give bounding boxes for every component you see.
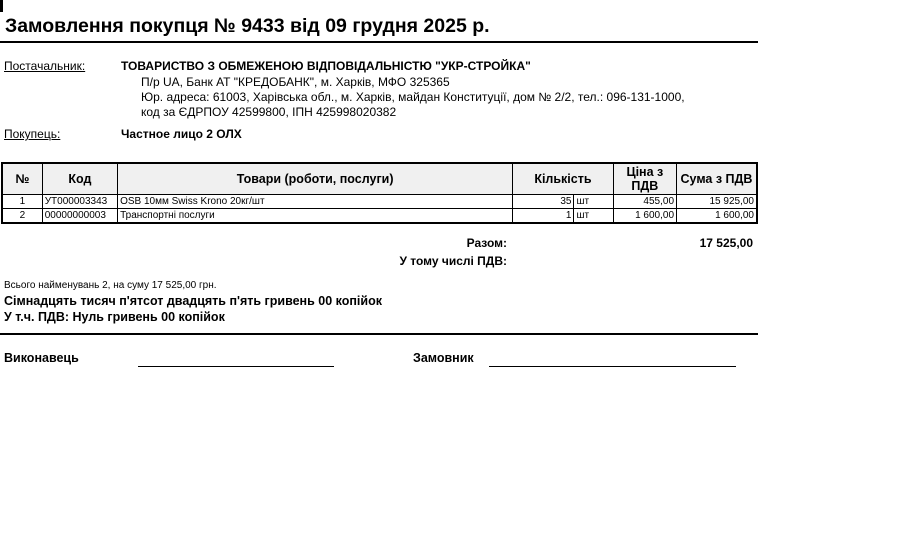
buyer-name: Частное лицо 2 ОЛХ	[121, 127, 242, 141]
header-code: Код	[42, 163, 117, 195]
amount-in-words: Сімнадцять тисяч п'ятсот двадцять п'ять …	[4, 294, 382, 308]
row-price: 455,00	[613, 195, 676, 209]
buyer-label: Покупець:	[4, 127, 60, 141]
row-sum: 1 600,00	[677, 209, 757, 224]
header-sum: Сума з ПДВ	[677, 163, 757, 195]
row-sum: 15 925,00	[677, 195, 757, 209]
items-table: № Код Товари (роботи, послуги) Кількість…	[1, 162, 758, 224]
total-value: 17 525,00	[700, 236, 753, 250]
vat-in-words: У т.ч. ПДВ: Нуль гривень 00 копійок	[4, 310, 225, 324]
row-qty: 35	[513, 195, 574, 209]
row-num: 1	[2, 195, 42, 209]
text-cursor	[0, 0, 3, 12]
document-title: Замовлення покупця № 9433 від 09 грудня …	[5, 15, 490, 38]
table-row: 2 00000000003 Транспортні послуги 1 шт 1…	[2, 209, 757, 224]
row-qty: 1	[513, 209, 574, 224]
supplier-codes-line: код за ЄДРПОУ 42599800, ІПН 425998020382	[141, 105, 396, 119]
row-price: 1 600,00	[613, 209, 676, 224]
row-num: 2	[2, 209, 42, 224]
executor-label: Виконавець	[4, 351, 79, 365]
header-qty: Кількість	[513, 163, 614, 195]
header-price: Ціна з ПДВ	[613, 163, 676, 195]
row-code: 00000000003	[42, 209, 117, 224]
customer-label: Замовник	[413, 351, 474, 365]
items-count-summary: Всього найменувань 2, на суму 17 525,00 …	[4, 280, 217, 291]
supplier-address-line: Юр. адреса: 61003, Харівська обл., м. Ха…	[141, 90, 685, 104]
supplier-name: ТОВАРИСТВО З ОБМЕЖЕНОЮ ВІДПОВІДАЛЬНІСТЮ …	[121, 59, 531, 73]
executor-signature-line	[138, 366, 334, 367]
header-goods: Товари (роботи, послуги)	[118, 163, 513, 195]
row-code: УТ000003343	[42, 195, 117, 209]
supplier-bank-line: П/р UA, Банк АТ "КРЕДОБАНК", м. Харків, …	[141, 75, 450, 89]
table-header-row: № Код Товари (роботи, послуги) Кількість…	[2, 163, 757, 195]
total-label: Разом:	[467, 236, 507, 250]
title-divider	[0, 41, 758, 43]
vat-label: У тому числі ПДВ:	[399, 254, 507, 268]
supplier-label: Постачальник:	[4, 59, 85, 73]
row-goods: Транспортні послуги	[118, 209, 513, 224]
header-num: №	[2, 163, 42, 195]
customer-signature-line	[489, 366, 736, 367]
row-unit: шт	[574, 195, 613, 209]
summary-divider	[0, 333, 758, 335]
row-unit: шт	[574, 209, 613, 224]
row-goods: OSB 10мм Swiss Krono 20кг/шт	[118, 195, 513, 209]
table-row: 1 УТ000003343 OSB 10мм Swiss Krono 20кг/…	[2, 195, 757, 209]
